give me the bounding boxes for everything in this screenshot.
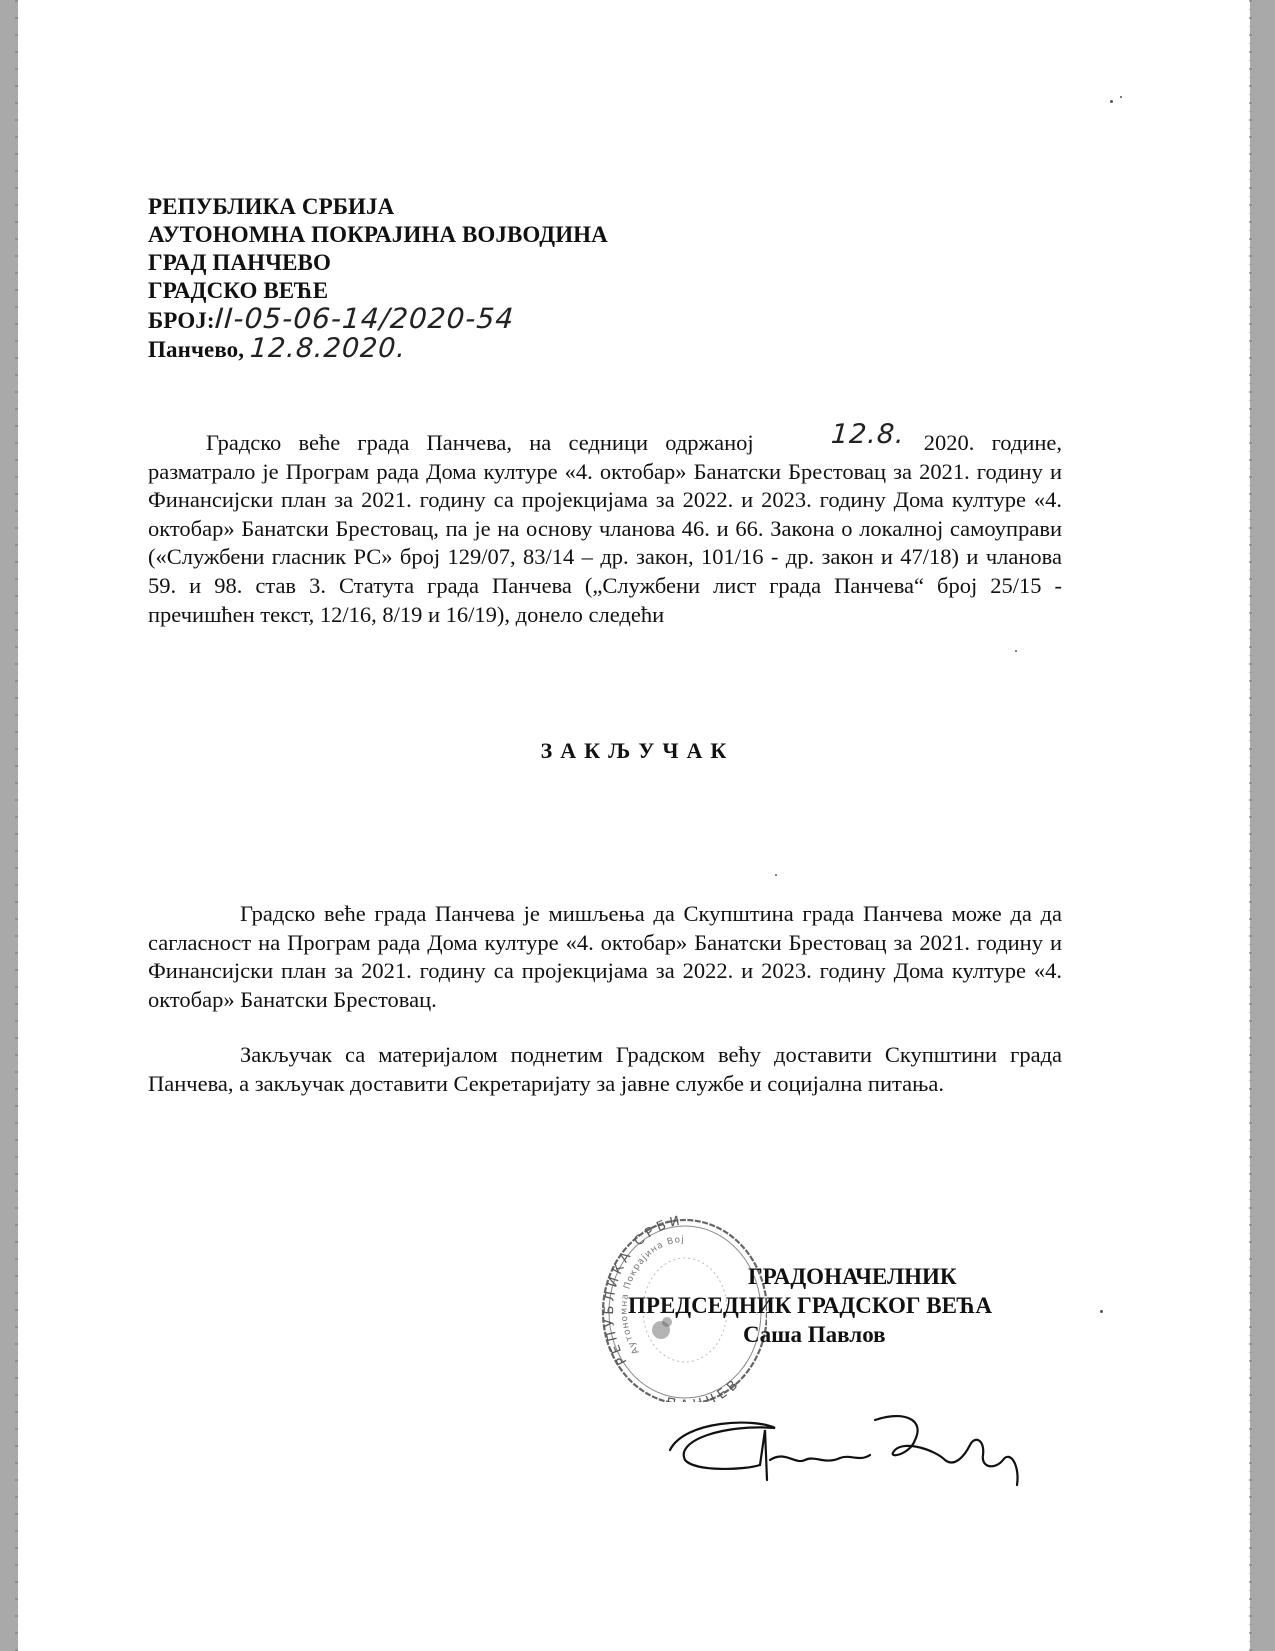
scan-speck <box>775 874 777 876</box>
handwritten-session-date: 12.8. <box>772 421 906 450</box>
scan-speck <box>1015 650 1017 652</box>
place-label: Панчево, <box>148 337 244 362</box>
intro-paragraph: Градско веће града Панчева, на седници о… <box>148 428 1062 629</box>
document-title: ЗАКЉУЧАК <box>0 738 1275 764</box>
header-line-council: ГРАДСКО ВЕЋЕ <box>148 277 608 305</box>
handwritten-date: 12.8.2020. <box>249 335 407 363</box>
handwritten-number: II-05-06-14/2020-54 <box>214 305 515 333</box>
scan-speck <box>1120 96 1122 98</box>
number-label: БРОЈ: <box>148 308 215 333</box>
signatory-role: ПРЕДСЕДНИК ГРАДСКОГ ВЕЋА <box>628 1291 1048 1320</box>
header-line-province: АУТОНОМНА ПОКРАЈИНА ВОЈВОДИНА <box>148 221 608 249</box>
header-line-city: ГРАД ПАНЧЕВО <box>148 249 608 277</box>
scan-edge-right <box>1249 0 1252 1651</box>
body-paragraph-1: Градско веће града Панчева је мишљења да… <box>148 900 1062 1014</box>
scan-edge-left <box>15 0 18 1651</box>
signatory-title: ГРАДОНАЧЕЛНИК <box>628 1262 1048 1291</box>
header-line-republic: РЕПУБЛИКА СРБИЈА <box>148 193 608 221</box>
signature-block: ГРАДОНАЧЕЛНИК ПРЕДСЕДНИК ГРАДСКОГ ВЕЋА С… <box>628 1262 1048 1349</box>
header-line-number: БРОЈ:II-05-06-14/2020-54 <box>148 305 608 333</box>
handwritten-signature-icon <box>665 1410 1065 1490</box>
body-paragraph-2: Закључак са материјалом поднетим Градско… <box>148 1041 1062 1098</box>
intro-text-before-date: Градско веће града Панчева, на седници о… <box>206 430 754 455</box>
scan-speck <box>1110 100 1113 103</box>
signatory-name: Саша Павлов <box>628 1320 1048 1349</box>
document-header: РЕПУБЛИКА СРБИЈА АУТОНОМНА ПОКРАЈИНА ВОЈ… <box>148 193 608 363</box>
header-line-place-date: Панчево, 12.8.2020. <box>148 335 608 363</box>
scan-speck <box>1100 1310 1103 1313</box>
intro-text-after-date: 2020. године, разматрало је Програм рада… <box>148 430 1062 627</box>
